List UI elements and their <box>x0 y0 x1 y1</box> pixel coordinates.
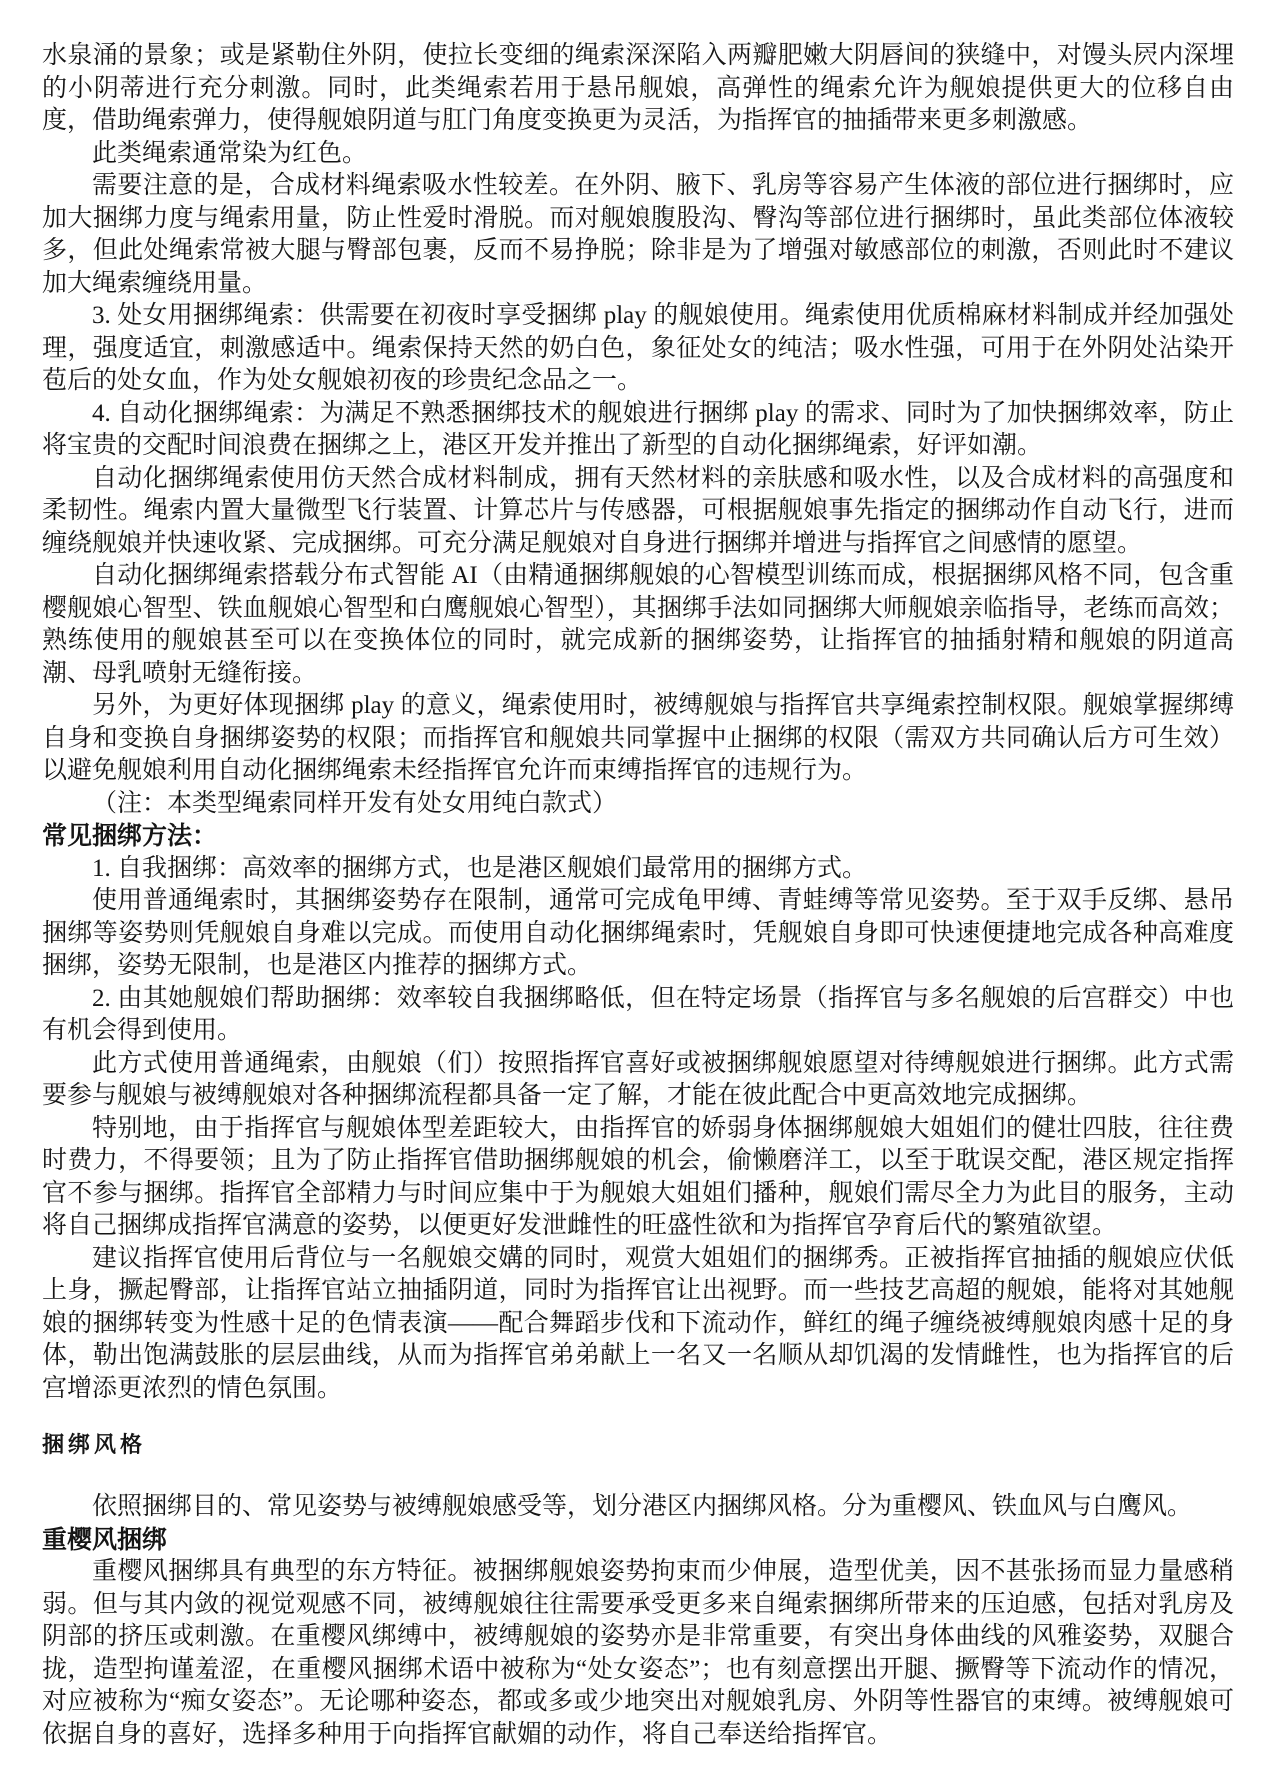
paragraph: 依照捆绑目的、常见姿势与被缚舰娘感受等，划分港区内捆绑风格。分为重樱风、铁血风与… <box>42 1491 1234 1524</box>
paragraph: 此方式使用普通绳索，由舰娘（们）按照指挥官喜好或被捆绑舰娘愿望对待缚舰娘进行捆绑… <box>42 1048 1234 1113</box>
paragraph: 特别地，由于指挥官与舰娘体型差距较大，由指挥官的娇弱身体捆绑舰娘大姐姐们的健壮四… <box>42 1113 1234 1243</box>
paragraph: 4. 自动化捆绑绳索：为满足不熟悉捆绑技术的舰娘进行捆绑 play 的需求、同时… <box>42 398 1234 463</box>
paragraph: （注：本类型绳索同样开发有处女用纯白款式） <box>42 788 1234 821</box>
paragraph: 自动化捆绑绳索搭载分布式智能 AI（由精通捆绑舰娘的心智模型训练而成，根据捆绑风… <box>42 560 1234 690</box>
paragraph: 需要注意的是，合成材料绳索吸水性较差。在外阴、腋下、乳房等容易产生体液的部位进行… <box>42 170 1234 300</box>
paragraph: 使用普通绳索时，其捆绑姿势存在限制，通常可完成龟甲缚、青蛙缚等常见姿势。至于双手… <box>42 885 1234 983</box>
document-body: 水泉涌的景象；或是紧勒住外阴，使拉长变细的绳索深深陷入两瓣肥嫩大阴唇间的狭缝中，… <box>42 40 1234 1751</box>
paragraph: 水泉涌的景象；或是紧勒住外阴，使拉长变细的绳索深深陷入两瓣肥嫩大阴唇间的狭缝中，… <box>42 40 1234 138</box>
document-page: 水泉涌的景象；或是紧勒住外阴，使拉长变细的绳索深深陷入两瓣肥嫩大阴唇间的狭缝中，… <box>0 0 1280 1768</box>
paragraph: 重樱风捆绑具有典型的东方特征。被捆绑舰娘姿势拘束而少伸展，造型优美，因不甚张扬而… <box>42 1556 1234 1751</box>
section-heading: 捆绑风格 <box>42 1429 1234 1461</box>
paragraph: 建议指挥官使用后背位与一名舰娘交媾的同时，观赏大姐姐们的捆绑秀。正被指挥官抽插的… <box>42 1243 1234 1406</box>
paragraph: 自动化捆绑绳索使用仿天然合成材料制成，拥有天然材料的亲肤感和吸水性，以及合成材料… <box>42 463 1234 561</box>
paragraph: 此类绳索通常染为红色。 <box>42 138 1234 171</box>
section-heading: 重樱风捆绑 <box>42 1524 1234 1557</box>
paragraph: 2. 由其她舰娘们帮助捆绑：效率较自我捆绑略低，但在特定场景（指挥官与多名舰娘的… <box>42 983 1234 1048</box>
paragraph: 3. 处女用捆绑绳索：供需要在初夜时享受捆绑 play 的舰娘使用。绳索使用优质… <box>42 300 1234 398</box>
paragraph: 1. 自我捆绑：高效率的捆绑方式，也是港区舰娘们最常用的捆绑方式。 <box>42 853 1234 886</box>
paragraph: 另外，为更好体现捆绑 play 的意义，绳索使用时，被缚舰娘与指挥官共享绳索控制… <box>42 690 1234 788</box>
section-heading: 常见捆绑方法： <box>42 820 1234 853</box>
